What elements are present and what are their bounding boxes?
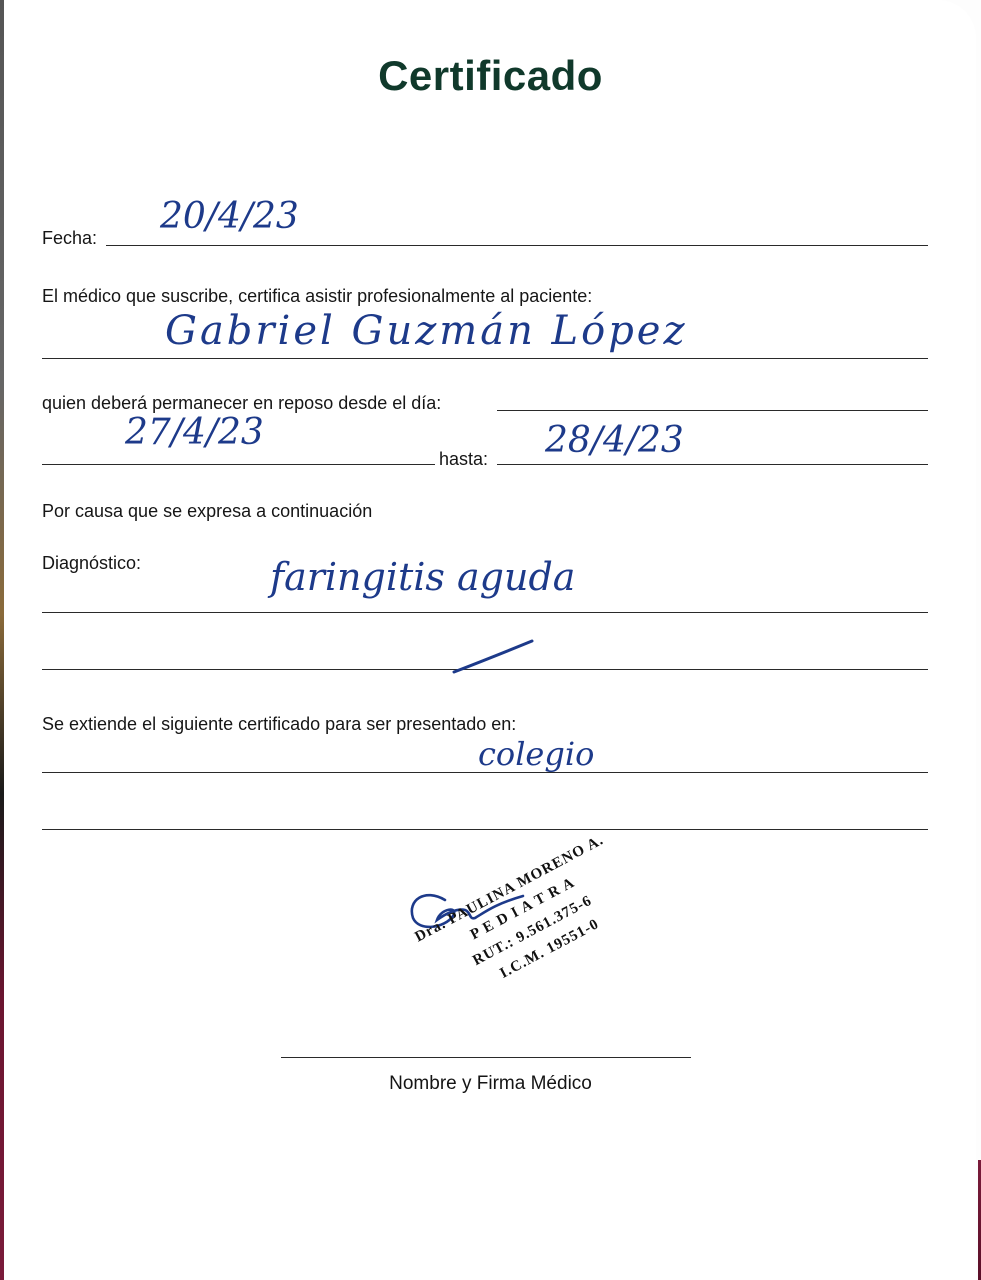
hasta-line	[497, 464, 928, 465]
patient-value[interactable]: Gabriel Guzmán López	[165, 308, 688, 354]
fecha-value[interactable]: 20/4/23	[160, 196, 299, 237]
fecha-label: Fecha:	[42, 228, 97, 249]
diagnostico-line-1	[42, 612, 928, 613]
patient-line	[42, 358, 928, 359]
desde-line	[42, 464, 435, 465]
presentar-label: Se extiende el siguiente certificado par…	[42, 714, 516, 735]
signature-label: Nombre y Firma Médico	[0, 1073, 981, 1095]
hasta-label: hasta:	[439, 449, 488, 470]
hasta-value[interactable]: 28/4/23	[545, 420, 684, 461]
signature-line	[281, 1057, 691, 1058]
strike-mark	[450, 638, 540, 678]
reposo-label: quien deberá permanecer en reposo desde …	[42, 393, 441, 414]
diagnostico-label: Diagnóstico:	[42, 553, 141, 574]
fecha-line	[106, 245, 928, 246]
reposo-line	[497, 410, 928, 411]
document-title: Certificado	[0, 52, 981, 100]
presentar-line-2	[42, 829, 928, 830]
causa-label: Por causa que se expresa a continuación	[42, 501, 372, 522]
presentar-line-1	[42, 772, 928, 773]
intro-label: El médico que suscribe, certifica asisti…	[42, 286, 592, 307]
diagnostico-value[interactable]: faringitis aguda	[270, 555, 575, 599]
desde-value[interactable]: 27/4/23	[125, 412, 264, 453]
presentar-value[interactable]: colegio	[478, 735, 594, 773]
